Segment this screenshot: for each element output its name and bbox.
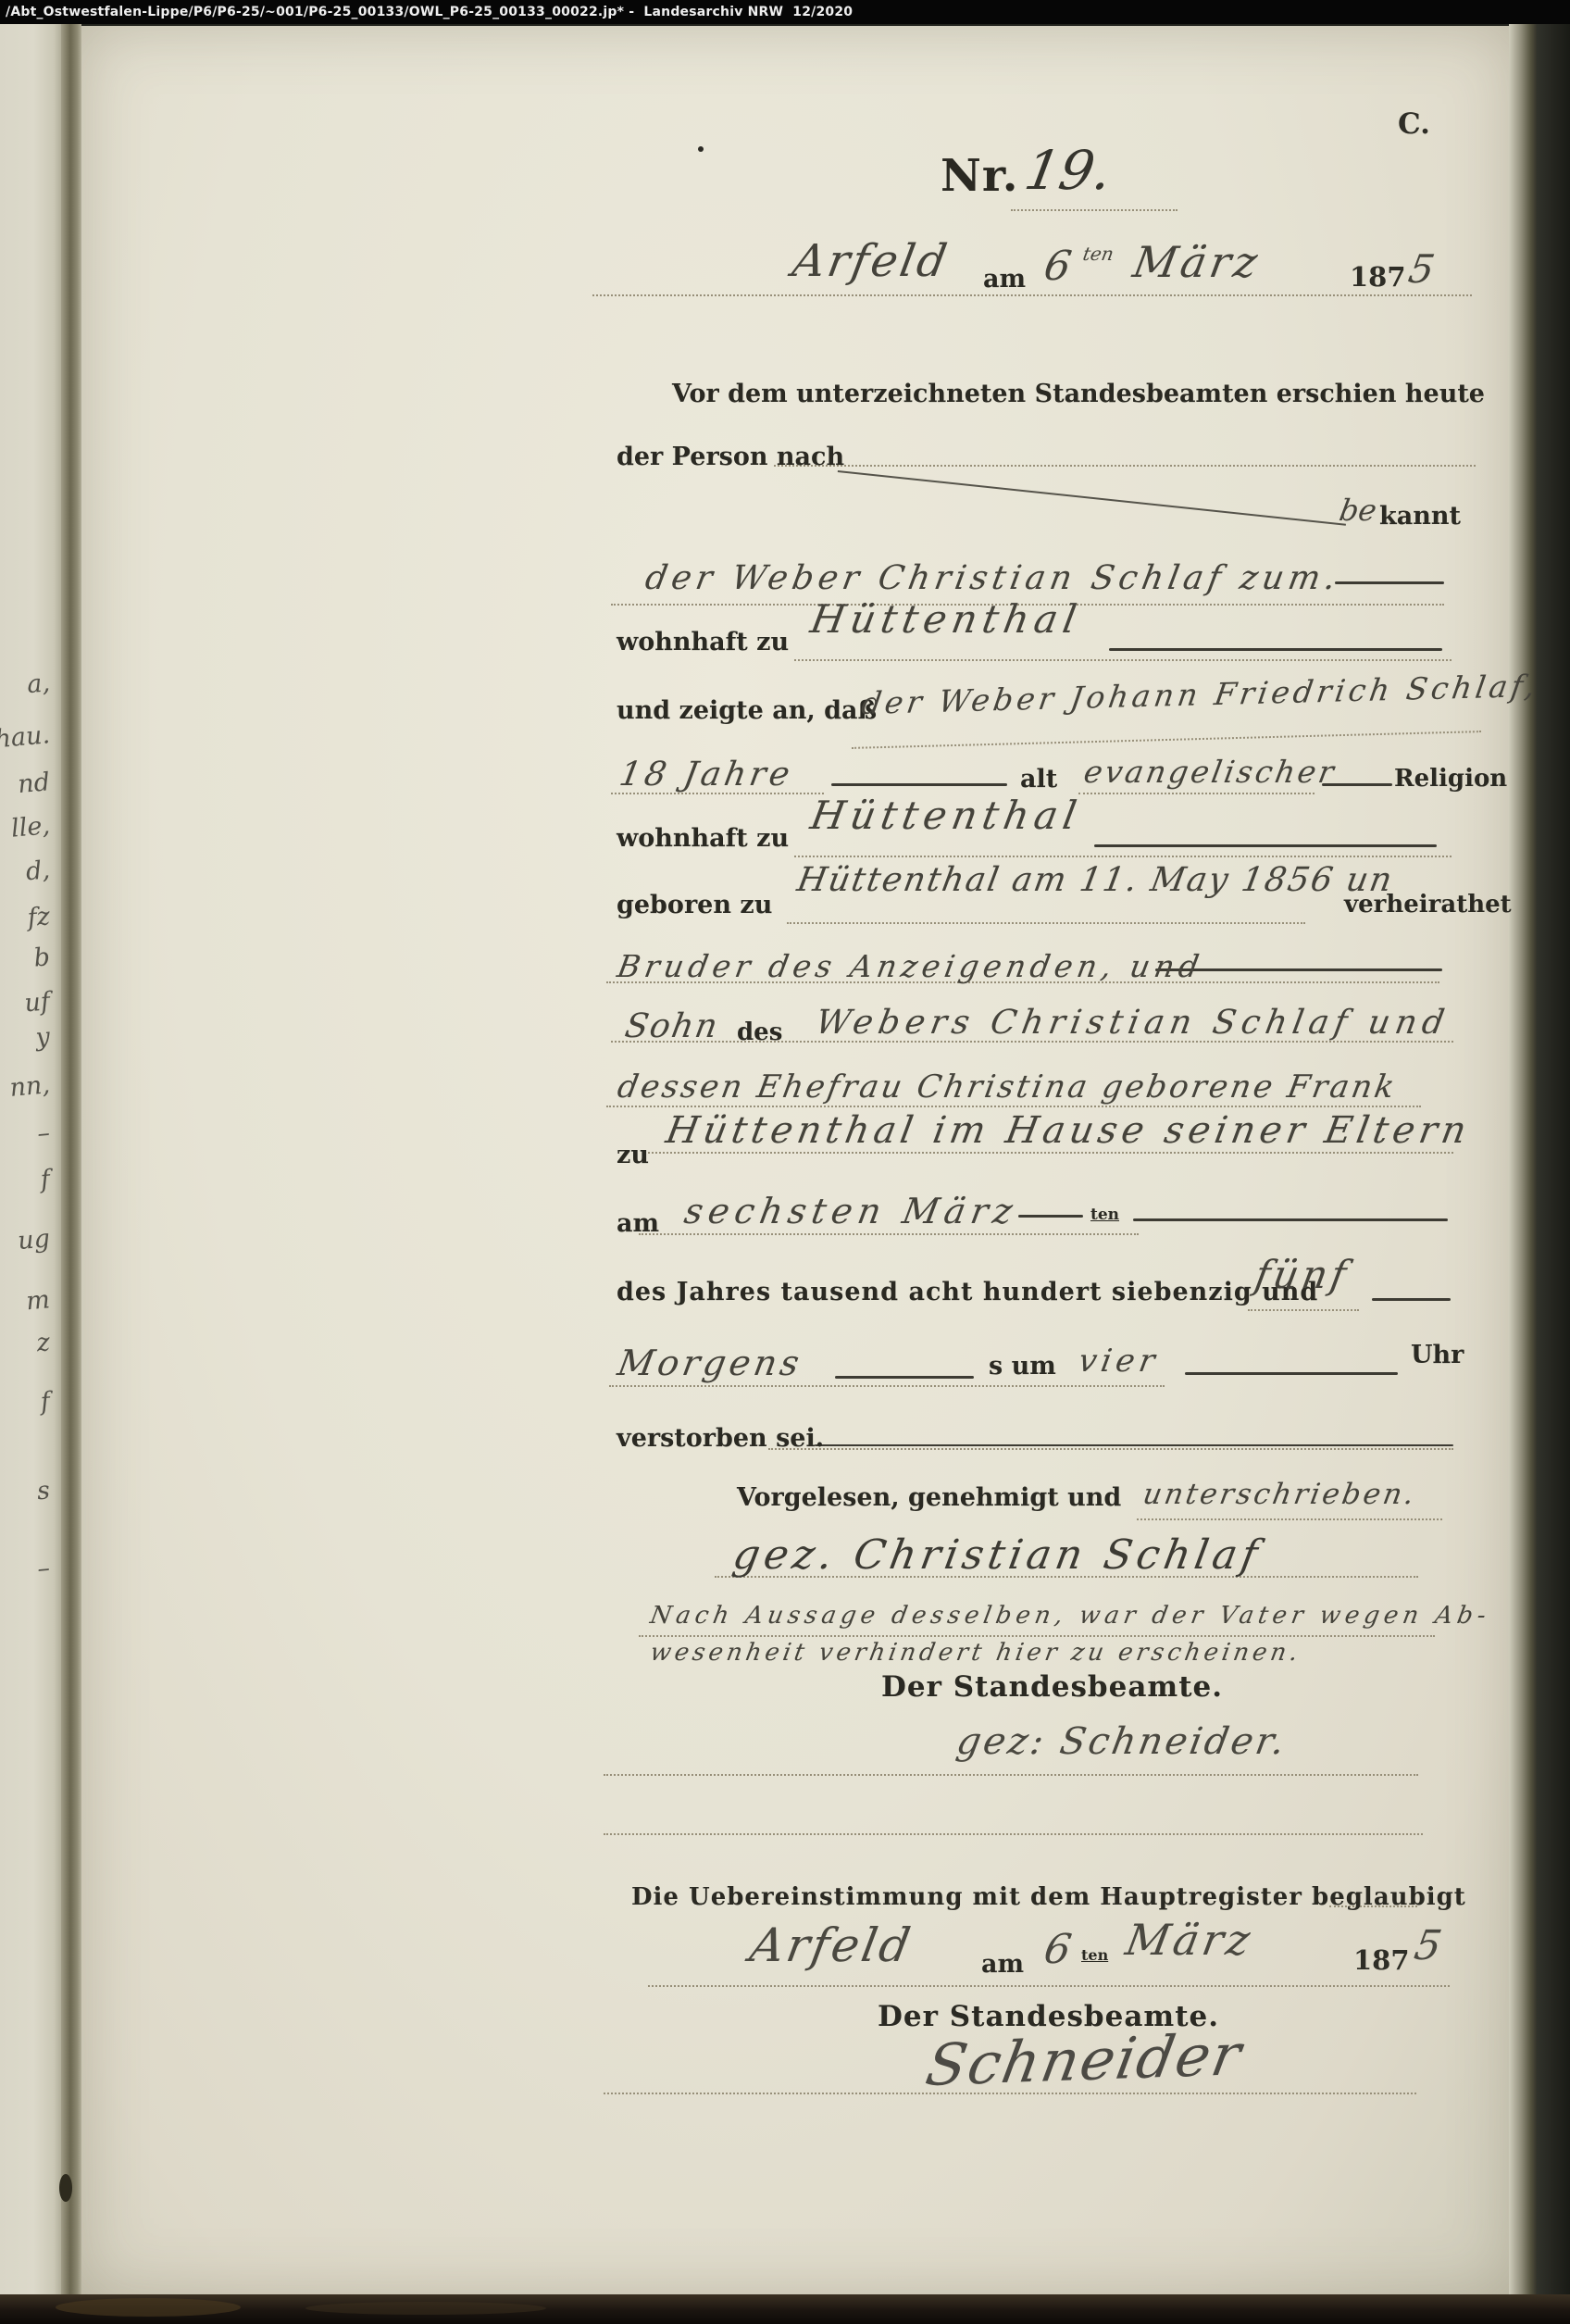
year-printed: des Jahres tausend acht hundert siebenzi… bbox=[617, 1278, 1318, 1306]
mother-handwritten: dessen Ehefrau Christina geborene Frank bbox=[615, 1068, 1400, 1106]
died-label: verstorben sei. bbox=[617, 1424, 824, 1453]
death-date-ordinal: ten bbox=[1090, 1206, 1119, 1224]
declarant-signature: gez. Christian Schlaf bbox=[729, 1531, 1265, 1579]
born-label: geboren zu bbox=[617, 891, 772, 919]
dotted-rule bbox=[794, 659, 1452, 661]
residence1-label: wohnhaft zu bbox=[617, 628, 789, 656]
margin-fragment: – bbox=[0, 1118, 51, 1155]
margin-fragment: lle, bbox=[0, 811, 51, 847]
book-gutter bbox=[61, 24, 81, 2294]
certify-am: am bbox=[981, 1950, 1024, 1979]
residence2-handwritten: Hüttenthal bbox=[807, 793, 1085, 838]
dotted-rule bbox=[604, 1774, 1418, 1776]
dotted-rule bbox=[1078, 793, 1315, 794]
son-handwritten2: Webers Christian Schlaf und bbox=[813, 1004, 1452, 1042]
note-line2: wesenheit verhindert hier zu erscheinen. bbox=[648, 1639, 1303, 1667]
head-date-am: am bbox=[983, 265, 1026, 294]
age-alt-label: alt bbox=[1020, 765, 1057, 793]
margin-fragment: a, bbox=[0, 668, 51, 705]
son-handwritten1: Sohn bbox=[622, 1007, 722, 1045]
religion-handwritten: evangelischer bbox=[1081, 754, 1339, 790]
margin-fragment: ug bbox=[0, 1224, 51, 1260]
age-handwritten: 18 Jahre bbox=[617, 756, 796, 793]
margin-fragment: s bbox=[0, 1476, 51, 1512]
registrar-title1: Der Standesbeamte. bbox=[881, 1670, 1223, 1704]
gutter-blotch bbox=[59, 2174, 72, 2202]
dotted-rule bbox=[648, 1985, 1450, 1987]
place-handwritten: Hüttenthal im Hause seiner Eltern bbox=[663, 1109, 1474, 1152]
margin-fragment: z bbox=[0, 1328, 51, 1364]
head-date-place: Arfeld bbox=[789, 235, 953, 287]
year-handwritten: fünf bbox=[1252, 1252, 1353, 1297]
margin-fragment: f bbox=[0, 1387, 51, 1423]
born-handwritten: Hüttenthal am 11. May 1856 un bbox=[794, 861, 1397, 899]
head-date-month: März bbox=[1129, 237, 1265, 287]
background-right bbox=[1537, 24, 1570, 2324]
facing-page-strip: a, hau. nd lle, d, fz b uf y nn, – f ug … bbox=[0, 24, 61, 2294]
record-number-value: 19. bbox=[1020, 139, 1116, 202]
relation-handwritten: Bruder des Anzeigenden, und bbox=[615, 948, 1206, 984]
dotted-rule bbox=[768, 1448, 1453, 1450]
margin-fragment: b bbox=[0, 943, 51, 979]
dotted-rule bbox=[609, 1385, 1165, 1387]
son-printed-des: des bbox=[737, 1018, 782, 1046]
residence2-label: wohnhaft zu bbox=[617, 824, 789, 853]
ink-dash bbox=[1094, 844, 1437, 847]
death-date-handwritten: sechsten März bbox=[681, 1191, 1021, 1231]
ink-dash bbox=[831, 783, 1007, 786]
dotted-rule bbox=[639, 1233, 1139, 1235]
ink-dash bbox=[1109, 648, 1442, 651]
ink-dash bbox=[1133, 1218, 1448, 1221]
time-handwritten2: vier bbox=[1076, 1343, 1163, 1380]
margin-fragment: fz bbox=[0, 902, 51, 938]
viewer-window: /Abt_Ostwestfalen-Lippe/P6/P6-25/~001/P6… bbox=[0, 0, 1570, 2324]
book-edge-texture bbox=[56, 2298, 241, 2317]
registrar-signature: Schneider bbox=[921, 2020, 1248, 2099]
margin-fragment: m bbox=[0, 1285, 51, 1321]
book-edge-texture bbox=[305, 2302, 546, 2315]
report-label: und zeigte an, daß bbox=[617, 696, 877, 725]
margin-fragment: nn, bbox=[0, 1070, 51, 1106]
margin-fragment: hau. bbox=[0, 720, 51, 756]
ink-dash bbox=[1185, 1372, 1398, 1375]
dotted-rule bbox=[604, 1833, 1423, 1835]
certify-year-printed: 187 bbox=[1353, 1944, 1410, 1976]
intro-line: Vor dem unterzeichneten Standesbeamten e… bbox=[672, 380, 1485, 408]
born-suffix-printed: verheirathet bbox=[1344, 891, 1512, 918]
dotted-rule bbox=[787, 922, 1305, 924]
dotted-rule bbox=[648, 1152, 1453, 1154]
head-date-year-printed: 187 bbox=[1350, 261, 1406, 293]
dotted-rule bbox=[794, 856, 1452, 857]
ink-speck bbox=[698, 146, 704, 152]
note-line1: Nach Aussage desselben, war der Vater we… bbox=[648, 1602, 1492, 1630]
margin-fragment: y bbox=[0, 1022, 51, 1058]
residence1-handwritten: Hüttenthal bbox=[807, 596, 1085, 642]
margin-fragment: uf bbox=[0, 987, 51, 1023]
closing-handwritten: unterschrieben. bbox=[1140, 1478, 1419, 1511]
time-handwritten1: Morgens bbox=[615, 1343, 806, 1383]
dotted-rule bbox=[606, 1106, 1421, 1107]
dotted-rule bbox=[639, 1635, 1435, 1637]
ink-line bbox=[815, 1444, 1453, 1446]
declarant-handwritten: der Weber Christian Schlaf zum. bbox=[642, 559, 1343, 597]
ink-dash bbox=[1372, 1298, 1451, 1301]
dotted-rule bbox=[1011, 209, 1177, 211]
dotted-rule bbox=[592, 294, 1472, 296]
certify-line: Die Uebereinstimmung mit dem Hauptregist… bbox=[631, 1883, 1466, 1911]
dotted-rule bbox=[1137, 1518, 1442, 1520]
ink-dash bbox=[1018, 1215, 1083, 1218]
ink-dash bbox=[1335, 581, 1444, 584]
death-date-am: am bbox=[617, 1209, 659, 1238]
margin-fragment: f bbox=[0, 1165, 51, 1201]
page-right-edge bbox=[1509, 24, 1537, 2294]
registrar-signature-gez: gez: Schneider. bbox=[953, 1720, 1290, 1763]
bekannt-handwritten-prefix: be bbox=[1337, 493, 1379, 528]
ink-dash bbox=[835, 1376, 974, 1379]
record-number-label: Nr. bbox=[941, 150, 1018, 202]
closing-printed: Vorgelesen, genehmigt und bbox=[737, 1483, 1121, 1512]
dotted-rule bbox=[774, 465, 1476, 467]
religion-label: Religion bbox=[1394, 765, 1507, 793]
place-label: zu bbox=[617, 1141, 649, 1169]
person-label: der Person nach bbox=[617, 443, 844, 471]
time-printed1: s um bbox=[989, 1352, 1056, 1381]
margin-fragment: – bbox=[0, 1554, 51, 1590]
bekannt-printed: kannt bbox=[1379, 502, 1461, 531]
time-printed2: Uhr bbox=[1411, 1341, 1464, 1369]
dotted-rule bbox=[1248, 1309, 1359, 1311]
margin-fragment: d, bbox=[0, 856, 51, 892]
head-date-ordinal: ten bbox=[1081, 243, 1115, 265]
margin-fragment: nd bbox=[0, 768, 51, 804]
certify-ordinal: ten bbox=[1081, 1946, 1108, 1964]
certify-month: März bbox=[1122, 1915, 1257, 1965]
certify-place: Arfeld bbox=[746, 1918, 916, 1972]
window-titlebar: /Abt_Ostwestfalen-Lippe/P6/P6-25/~001/P6… bbox=[0, 0, 1570, 24]
window-title: /Abt_Ostwestfalen-Lippe/P6/P6-25/~001/P6… bbox=[0, 0, 1570, 24]
corner-mark: C. bbox=[1398, 107, 1430, 141]
